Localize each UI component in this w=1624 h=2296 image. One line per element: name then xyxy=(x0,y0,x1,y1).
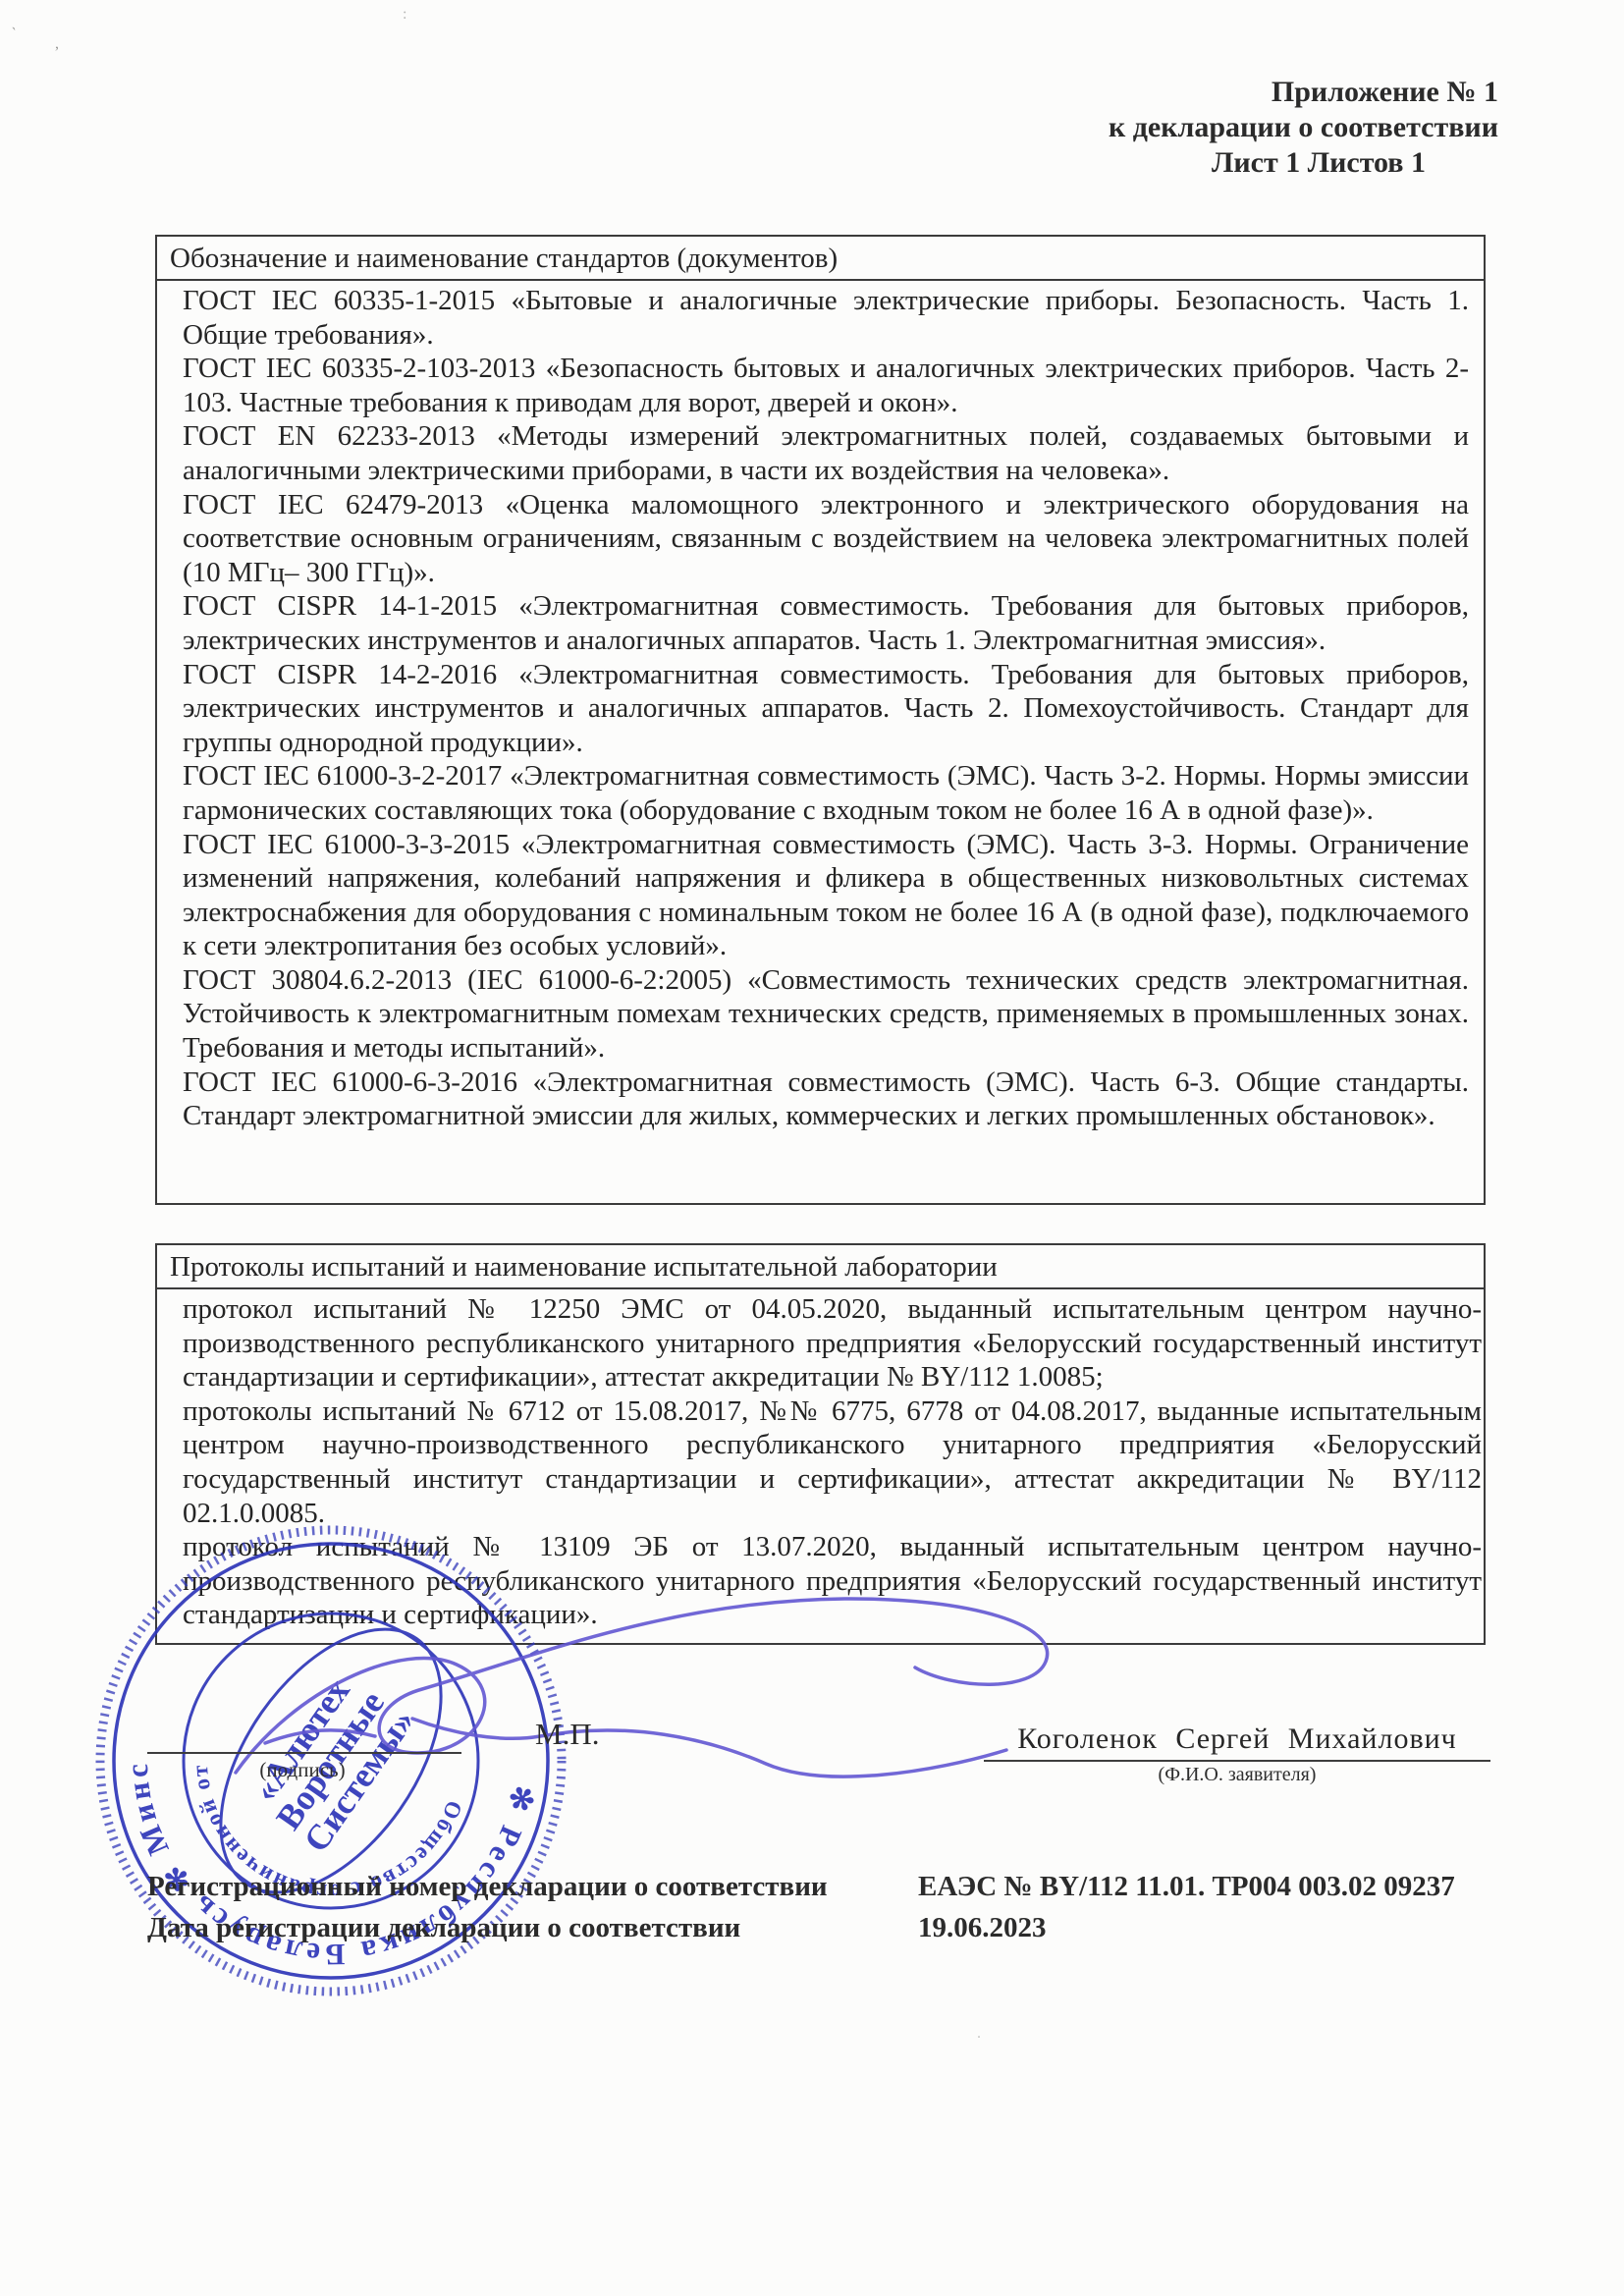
stamp-place-label: М.П. xyxy=(535,1717,599,1752)
standard-item: ГОСТ CISPR 14-2-2016 «Электромагнитная с… xyxy=(183,658,1469,760)
protocol-item: протокол испытаний № 12250 ЭМС от 04.05.… xyxy=(183,1292,1482,1394)
standards-list: ГОСТ IEC 60335-1-2015 «Бытовые и аналоги… xyxy=(157,281,1484,1133)
registration-date-value: 19.06.2023 xyxy=(918,1907,1542,1948)
applicant-caption: (Ф.И.О. заявителя) xyxy=(984,1762,1490,1787)
standards-table: Обозначение и наименование стандартов (д… xyxy=(155,235,1486,1205)
registration-date-row: Дата регистрации декларации о соответств… xyxy=(147,1907,1542,1948)
standard-item: ГОСТ CISPR 14-1-2015 «Электромагнитная с… xyxy=(183,589,1469,657)
registration-number-row: Регистрационный номер декларации о соотв… xyxy=(147,1866,1542,1907)
registration-block: Регистрационный номер декларации о соотв… xyxy=(147,1866,1542,1948)
applicant-name: Коголенок Сергей Михайлович xyxy=(984,1721,1490,1762)
standard-item: ГОСТ IEC 62479-2013 «Оценка маломощного … xyxy=(183,488,1469,590)
standards-table-header: Обозначение и наименование стандартов (д… xyxy=(157,237,1484,281)
signature-line xyxy=(147,1752,461,1754)
scanned-declaration-page: ` , : . Приложение № 1 к декларации о со… xyxy=(0,0,1624,2296)
scan-artifact: : xyxy=(403,6,406,24)
scan-artifact: ` xyxy=(8,26,18,44)
scan-artifact: . xyxy=(977,2025,981,2043)
handwritten-signature xyxy=(118,1571,1159,1827)
scan-artifact: , xyxy=(55,35,59,53)
applicant-block: Коголенок Сергей Михайлович (Ф.И.О. заяв… xyxy=(984,1721,1490,1787)
title-declaration: к декларации о соответствии xyxy=(1109,110,1498,145)
title-sheet: Лист 1 Листов 1 xyxy=(1109,145,1498,181)
standard-item: ГОСТ IEC 60335-1-2015 «Бытовые и аналоги… xyxy=(183,284,1469,352)
protocols-table-header: Протоколы испытаний и наименование испыт… xyxy=(157,1245,1484,1289)
standard-item: ГОСТ IEC 61000-3-3-2015 «Электромагнитна… xyxy=(183,828,1469,963)
registration-number-value: ЕАЭС № BY/112 11.01. ТР004 003.02 09237 xyxy=(918,1866,1542,1907)
registration-date-label: Дата регистрации декларации о соответств… xyxy=(147,1907,918,1948)
registration-number-label: Регистрационный номер декларации о соотв… xyxy=(147,1866,918,1907)
standard-item: ГОСТ IEC 60335-2-103-2013 «Безопасность … xyxy=(183,352,1469,419)
signature-caption: (подпись) xyxy=(204,1758,401,1782)
standard-item: ГОСТ 30804.6.2-2013 (IEC 61000-6-2:2005)… xyxy=(183,963,1469,1066)
standard-item: ГОСТ IEC 61000-6-3-2016 «Электромагнитна… xyxy=(183,1066,1469,1133)
title-appendix: Приложение № 1 xyxy=(1109,75,1498,110)
standard-item: ГОСТ IEC 61000-3-2-2017 «Электромагнитна… xyxy=(183,759,1469,827)
standard-item: ГОСТ EN 62233-2013 «Методы измерений эле… xyxy=(183,419,1469,487)
document-title: Приложение № 1 к декларации о соответств… xyxy=(1109,75,1498,181)
protocol-item: протоколы испытаний № 6712 от 15.08.2017… xyxy=(183,1394,1482,1530)
